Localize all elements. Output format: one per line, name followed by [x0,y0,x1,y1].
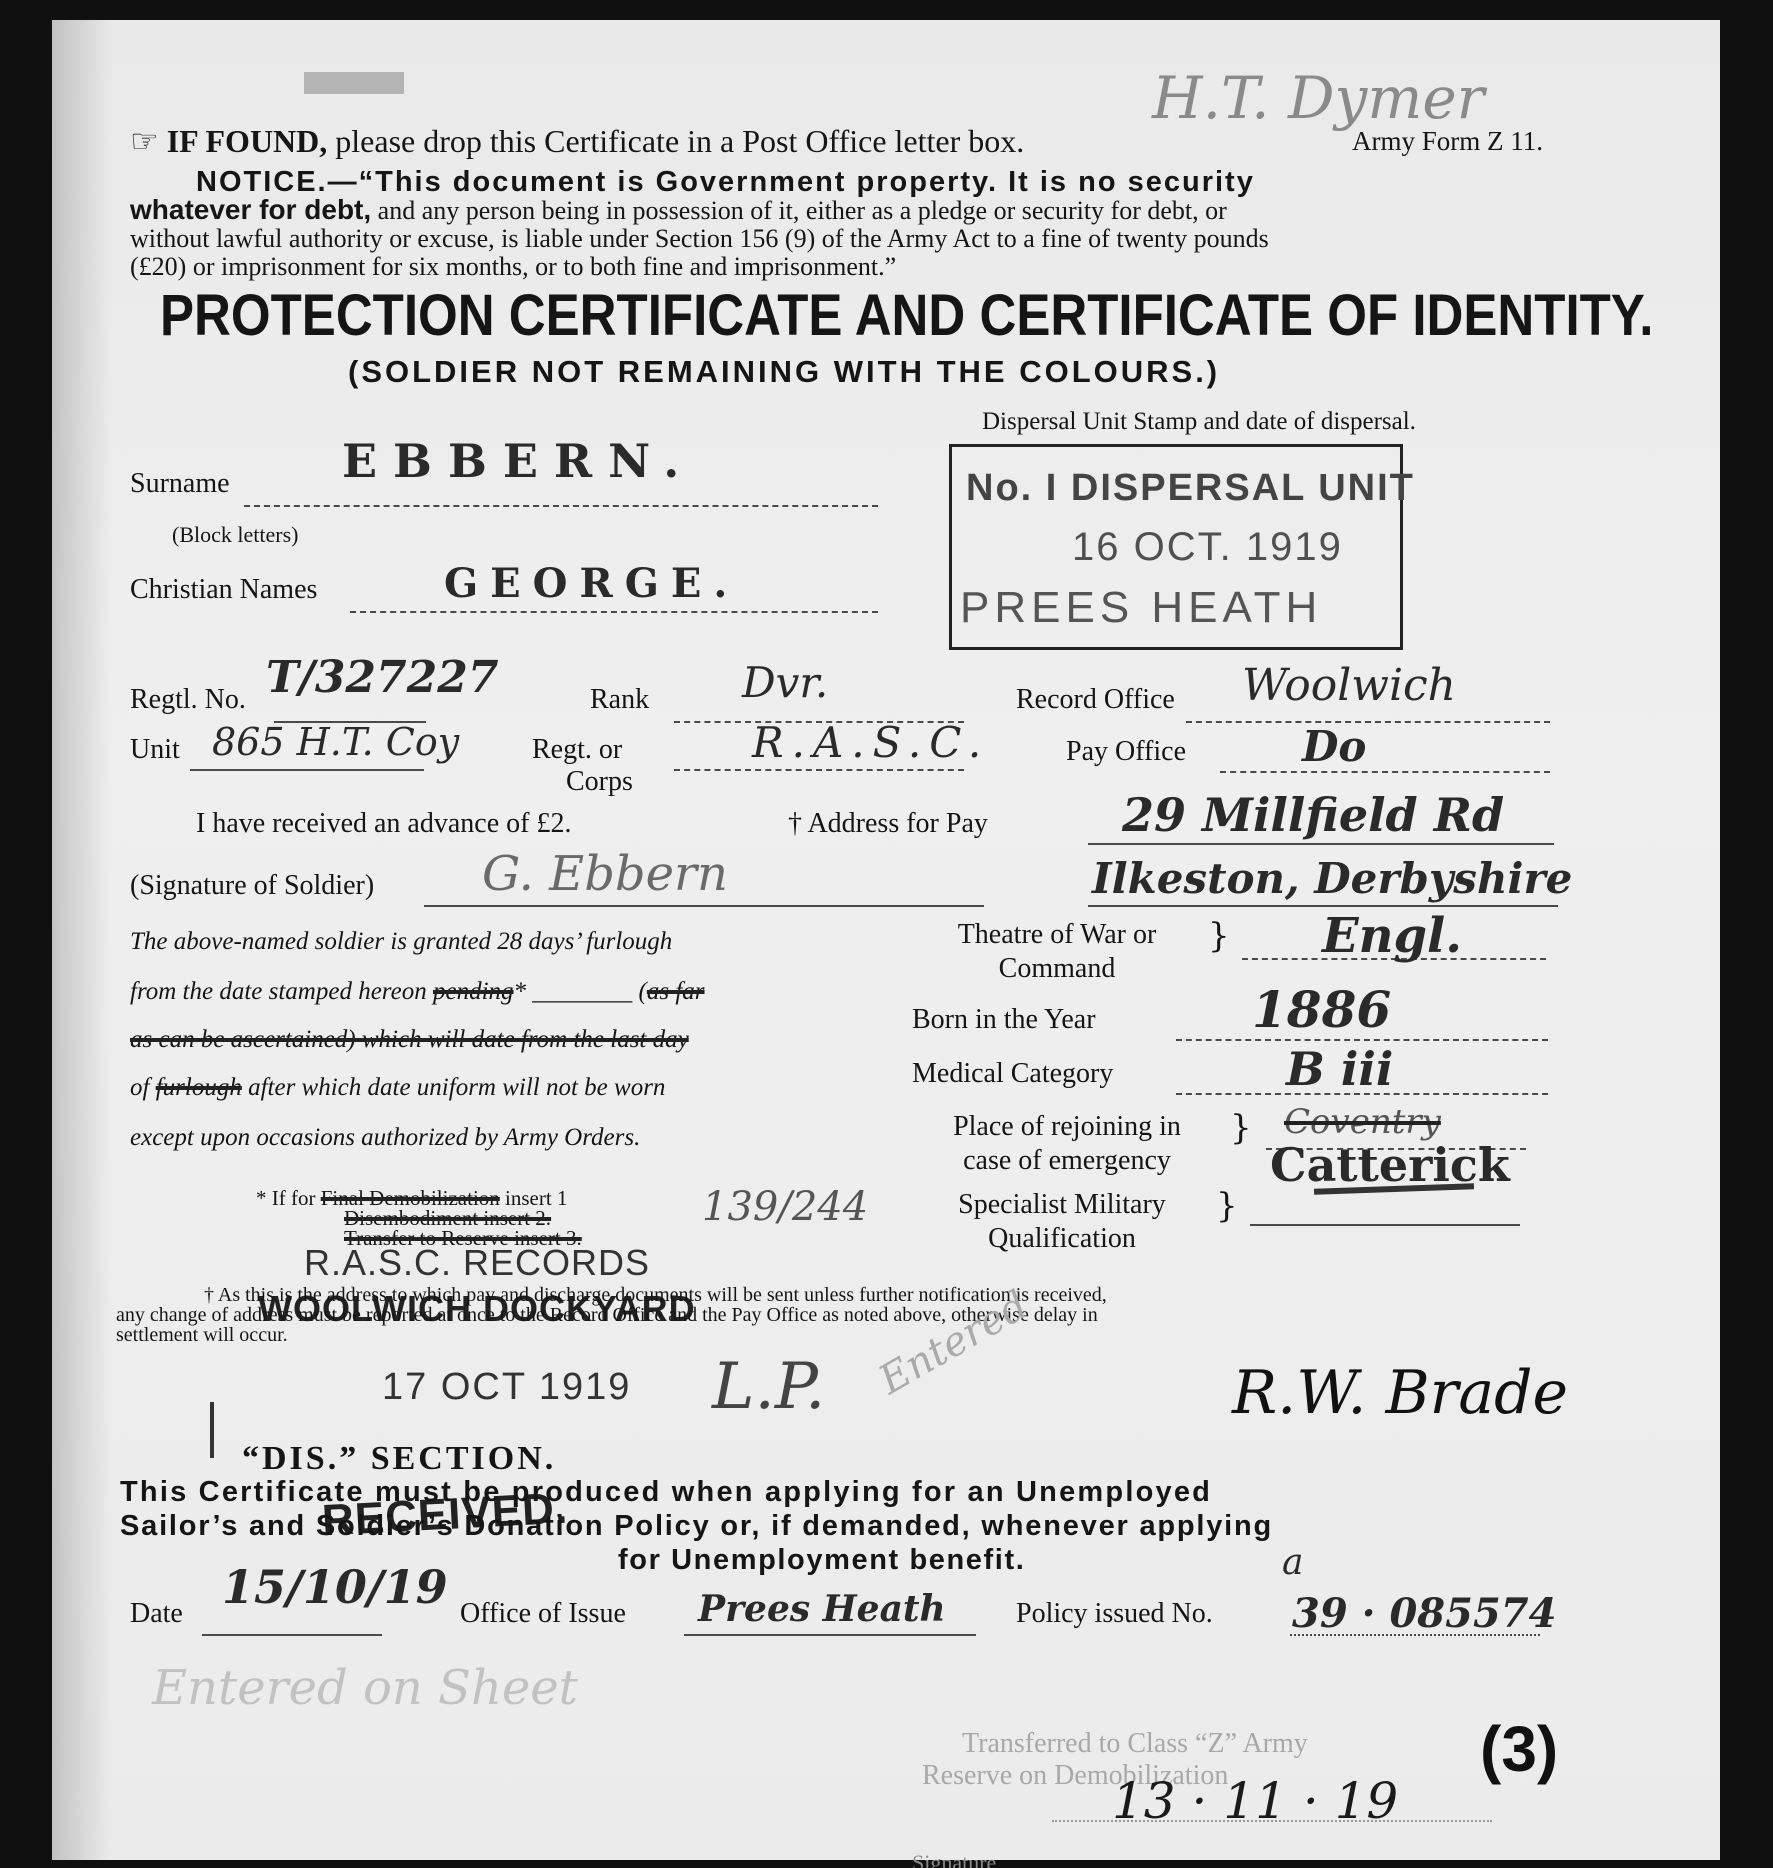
brace-rejoin: } [1230,1112,1252,1144]
office-of-issue-line [684,1634,976,1636]
christian-names-line [350,611,878,613]
theatre-value: Engl. [1322,908,1462,964]
bottom-signature-label: Signature [912,1850,996,1868]
advance-statement: I have received an advance of £2. [196,808,571,840]
transfer-date-value: 13 · 11 · 19 [1112,1772,1398,1830]
donation-line-1: This Certificate must be produced when a… [120,1476,1212,1509]
page-title: PROTECTION CERTIFICATE AND CERTIFICATE O… [160,282,1653,349]
surname-line [244,505,878,507]
specialist-label: Specialist Military Qualification [912,1188,1212,1256]
unit-line [190,769,424,771]
unit-label: Unit [130,734,180,766]
office-of-issue-label: Office of Issue [460,1598,626,1630]
transfer-line-1: Transferred to Class “Z” Army [962,1728,1308,1760]
dispersal-stamp-box: No. I DISPERSAL UNIT 16 OCT. 1919 PREES … [949,444,1403,650]
handwritten-top-annotation: H.T. Dymer [1152,64,1484,132]
rank-value: Dvr. [742,658,828,707]
address-label: † Address for Pay [788,808,988,840]
page-subtitle: (SOLDIER NOT REMAINING WITH THE COLOURS.… [348,354,1220,390]
policy-number-label: Policy issued No. [1016,1598,1213,1630]
dis-section-stamp: “DIS.” SECTION. [242,1440,556,1478]
born-year-line [1176,1039,1548,1041]
rasc-date-stamp: 17 OCT 1919 [382,1366,631,1409]
initials-handwritten: L.P. [712,1350,825,1424]
donation-line-3: for Unemployment benefit. [618,1544,1025,1577]
unit-value: 865 H.T. Coy [212,720,459,764]
surname-hint: (Block letters) [172,522,298,548]
reference-number: 139/244 [702,1184,868,1230]
date-label: Date [130,1598,183,1630]
certificate-paper: ☞ IF FOUND, please drop this Certificate… [52,20,1720,1860]
faint-left-note: Entered on Sheet [152,1660,578,1716]
address-line-1 [1088,843,1554,845]
medical-category-value: B iii [1286,1042,1393,1096]
pointing-hand-icon: ☞ [130,123,159,159]
office-of-issue-value: Prees Heath [698,1588,946,1630]
born-year-label: Born in the Year [912,1004,1096,1036]
signature-label: (Signature of Soldier) [130,870,374,902]
born-year-value: 1886 [1252,980,1391,1039]
corps-label: Corps [566,766,633,798]
policy-number-value: 39 · 085574 [1292,1590,1556,1637]
dispersal-label: Dispersal Unit Stamp and date of dispers… [982,408,1416,436]
record-office-line [1186,721,1550,723]
received-stamp-bracket [210,1402,214,1458]
furlough-line-1: The above-named soldier is granted 28 da… [130,928,672,956]
notice-line-4: (£20) or imprisonment for six months, or… [130,252,896,282]
paper-tab-mark [304,72,404,94]
theatre-label: Theatre of War or Command [912,918,1202,986]
surname-label: Surname [130,468,230,500]
dispersal-date: 16 OCT. 1919 [1072,525,1343,570]
regt-value: R.A.S.C. [752,718,989,767]
date-value: 15/10/19 [222,1560,448,1614]
christian-names-value: GEORGE. [444,560,739,607]
surname-value: EBBERN. [342,434,695,488]
notice-line-3: without lawful authority or excuse, is l… [130,224,1269,254]
sheet-number: (3) [1480,1712,1558,1786]
record-office-value: Woolwich [1242,660,1456,711]
furlough-line-3: as can be ascertained) which will date f… [130,1026,689,1054]
pay-office-value: Do [1302,722,1366,771]
furlough-line-5: except upon occasions authorized by Army… [130,1124,640,1152]
rasc-records-stamp: R.A.S.C. RECORDS [304,1242,650,1284]
address-value-line-1: 29 Millfield Rd [1122,788,1504,842]
pay-office-label: Pay Office [1066,736,1186,768]
donation-line-2: Sailor’s and Soldier’s Donation Policy o… [120,1510,1273,1543]
brace-theatre: } [1208,920,1230,952]
rank-label: Rank [590,684,649,716]
record-office-label: Record Office [1016,684,1175,716]
regtl-no-label: Regtl. No. [130,684,246,716]
regt-label: Regt. or [532,734,622,766]
address-line-2 [1088,905,1558,907]
date-line [202,1634,382,1636]
found-notice: ☞ IF FOUND, please drop this Certificate… [130,122,1024,160]
signature-line [424,905,984,907]
officer-signature: R.W. Brade [1232,1358,1568,1428]
address-value-line-2: Ilkeston, Derbyshire [1092,854,1572,903]
policy-prefix: a [1282,1542,1303,1583]
furlough-line-2: from the date stamped hereon pending* __… [130,978,705,1006]
medical-category-label: Medical Category [912,1058,1113,1090]
regtl-no-value: T/327227 [266,652,499,703]
rejoin-label: Place of rejoining in case of emergency [912,1110,1222,1178]
soldier-signature: G. Ebbern [482,846,728,902]
christian-names-label: Christian Names [130,574,317,606]
specialist-line [1250,1224,1520,1226]
furlough-line-4: of furlough after which date uniform wil… [130,1074,665,1102]
notice-line-2: whatever for debt, and any person being … [130,194,1227,226]
brace-specialist: } [1216,1190,1238,1222]
dagger-note-line-3: settlement will occur. [116,1324,288,1347]
dispersal-place: PREES HEATH [960,583,1322,633]
regt-line [674,769,964,771]
pay-office-line [1220,771,1550,773]
rejoin-value-struck: Coventry [1284,1102,1441,1142]
